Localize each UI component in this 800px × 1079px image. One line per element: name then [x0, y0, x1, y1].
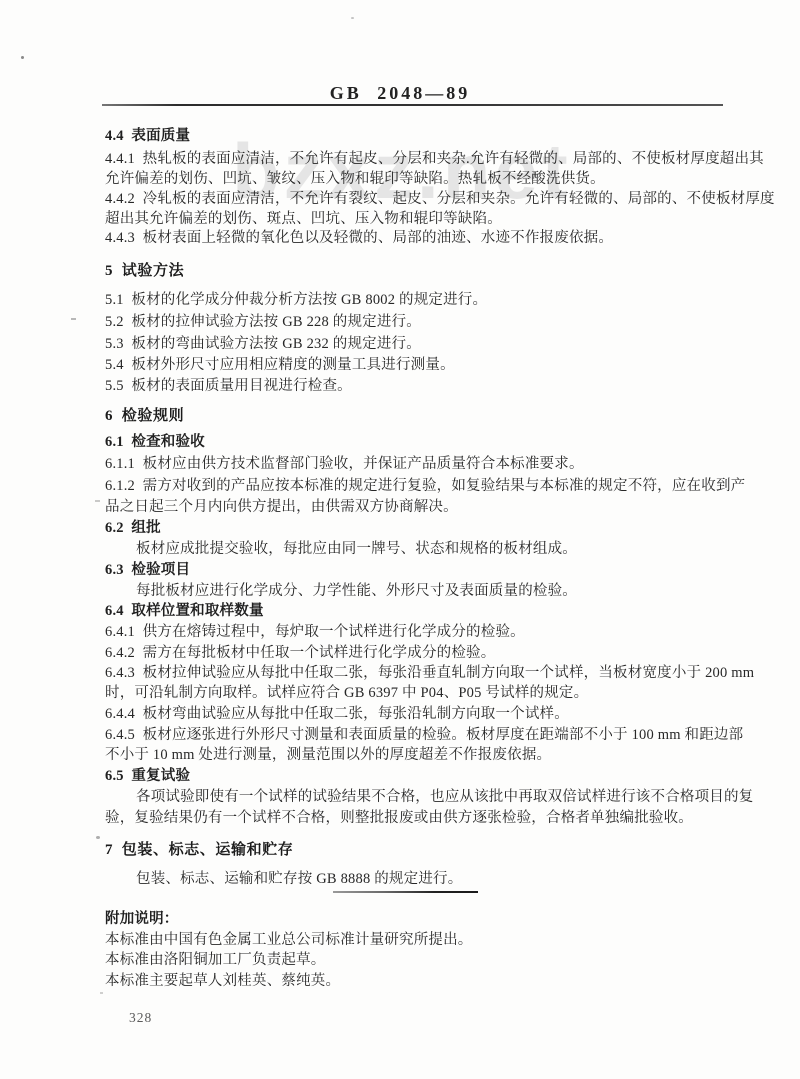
- para-5-1: 5.1 板材的化学成分仲裁分析方法按 GB 8002 的规定进行。: [105, 288, 730, 309]
- additional-notes-divider: [333, 891, 478, 893]
- heading-6-2: 6.2 组批: [105, 516, 730, 537]
- heading-5: 5 试验方法: [105, 259, 730, 280]
- para-5-2: 5.2 板材的拉伸试验方法按 GB 228 的规定进行。: [105, 310, 730, 331]
- scan-artifact: [95, 500, 100, 502]
- additional-note-1: 本标准由中国有色金属工业总公司标准计量研究所提出。: [105, 928, 730, 949]
- additional-notes-heading: 附加说明：: [105, 907, 730, 928]
- page-number: 328: [129, 1010, 152, 1026]
- scan-artifact: [351, 17, 354, 19]
- heading-6: 6 检验规则: [105, 404, 730, 425]
- para-6-1-1: 6.1.1 板材应由供方技术监督部门验收，并保证产品质量符合本标准要求。: [105, 452, 730, 473]
- scan-artifact: [100, 992, 103, 994]
- para-5-5: 5.5 板材的表面质量用目视进行检查。: [105, 374, 730, 395]
- scan-artifact: [96, 836, 100, 839]
- para-4-4-2-line1: 4.4.2 冷轧板的表面应清洁，不允许有裂纹、起皮、分层和夹杂。允许有轻微的、局…: [105, 187, 730, 208]
- para-6-4-5-line2: 不小于 10 mm 处进行测量，测量范围以外的厚度超差不作报废依据。: [105, 743, 730, 764]
- heading-4-4: 4.4 表面质量: [105, 124, 730, 145]
- para-7: 包装、标志、运输和贮存按 GB 8888 的规定进行。: [105, 867, 761, 888]
- para-6-5-line2: 验，复验结果仍有一个试样不合格，则整批报废或由供方逐张检验，合格者单独编批验收。: [105, 806, 730, 827]
- para-6-3: 每批板材应进行化学成分、力学性能、外形尺寸及表面质量的检验。: [105, 579, 761, 600]
- para-6-2: 板材应成批提交验收，每批应由同一牌号、状态和规格的板材组成。: [105, 537, 761, 558]
- scanned-standard-page: bzxz.net GB 2048—89 4.4 表面质量 4.4.1 热轧板的表…: [0, 0, 800, 1079]
- para-4-4-1-line1: 4.4.1 热轧板的表面应清洁，不允许有起皮、分层和夹杂.允许有轻微的、局部的、…: [105, 147, 730, 168]
- para-6-4-3-line2: 时，可沿轧制方向取样。试样应符合 GB 6397 中 P04、P05 号试样的规…: [105, 681, 730, 702]
- heading-6-3: 6.3 检验项目: [105, 558, 730, 579]
- para-4-4-1-line2: 允许偏差的划伤、凹坑、皱纹、压入物和辊印等缺陷。热轧板不经酸洗供货。: [105, 167, 730, 188]
- heading-6-5: 6.5 重复试验: [105, 764, 730, 785]
- additional-note-2: 本标准由洛阳铜加工厂负责起草。: [105, 948, 730, 969]
- para-5-3: 5.3 板材的弯曲试验方法按 GB 232 的规定进行。: [105, 332, 730, 353]
- scan-artifact: [71, 318, 76, 320]
- para-6-4-2: 6.4.2 需方在每批板材中任取一个试样进行化学成分的检验。: [105, 641, 730, 662]
- header-rule: [102, 104, 723, 106]
- para-4-4-3: 4.4.3 板材表面上轻微的氧化色以及轻微的、局部的油迹、水迹不作报废依据。: [105, 226, 730, 247]
- para-6-1-2-line2: 品之日起三个月内向供方提出，由供需双方协商解决。: [105, 495, 730, 516]
- para-6-1-2-line1: 6.1.2 需方对收到的产品应按本标准的规定进行复验，如复验结果与本标准的规定不…: [105, 474, 730, 495]
- para-6-4-5-line1: 6.4.5 板材应逐张进行外形尺寸测量和表面质量的检验。板材厚度在距端部不小于 …: [105, 723, 730, 744]
- heading-6-4: 6.4 取样位置和取样数量: [105, 599, 730, 620]
- para-4-4-2-line2: 超出其允许偏差的划伤、斑点、凹坑、压入物和辊印等缺陷。: [105, 207, 730, 228]
- standard-code-header: GB 2048—89: [0, 83, 800, 104]
- para-6-4-4: 6.4.4 板材弯曲试验应从每批中任取二张，每张沿轧制方向取一个试样。: [105, 702, 730, 723]
- para-6-5-line1: 各项试验即使有一个试样的试验结果不合格，也应从该批中再取双倍试样进行该不合格项目…: [105, 785, 761, 806]
- para-6-4-3-line1: 6.4.3 板材拉伸试验应从每批中任取二张，每张沿垂直轧制方向取一个试样，当板材…: [105, 661, 730, 682]
- scan-artifact: [21, 56, 24, 59]
- heading-7: 7 包装、标志、运输和贮存: [105, 838, 730, 859]
- para-6-4-1: 6.4.1 供方在熔铸过程中，每炉取一个试样进行化学成分的检验。: [105, 620, 730, 641]
- heading-6-1: 6.1 检查和验收: [105, 430, 730, 451]
- para-5-4: 5.4 板材外形尺寸应用相应精度的测量工具进行测量。: [105, 353, 730, 374]
- additional-note-3: 本标准主要起草人刘桂英、蔡纯英。: [105, 969, 730, 990]
